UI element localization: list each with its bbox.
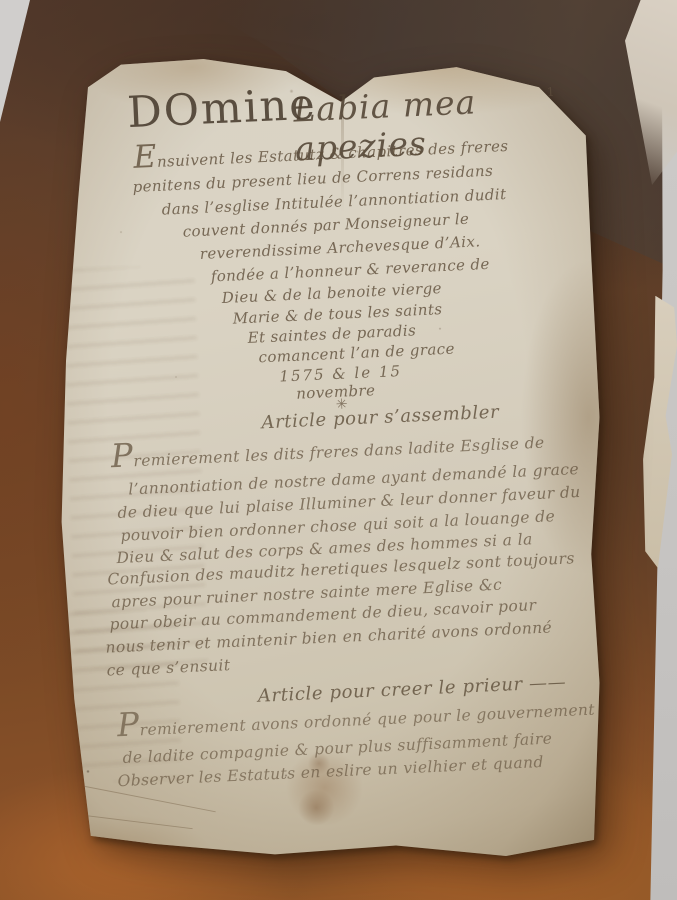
section-heading-prieur: Article pour creer le prieur ——	[258, 674, 567, 706]
photo: 1 DOmine Labia mea apezies Ensuivent les…	[0, 0, 677, 900]
section-heading-assemble: Article pour s’assembler	[261, 404, 499, 433]
handwritten-text: 1 DOmine Labia mea apezies Ensuivent les…	[64, 59, 620, 882]
manuscript-line: comancent l’an de grace	[258, 342, 455, 366]
title-opening-word: DOmine	[126, 80, 317, 139]
manuscript-line: 1575 & le 15	[279, 364, 402, 385]
manuscript-line: fondée a l’honneur & reverance de	[211, 257, 491, 285]
manuscript-line: ce que s’ensuit	[106, 658, 231, 679]
